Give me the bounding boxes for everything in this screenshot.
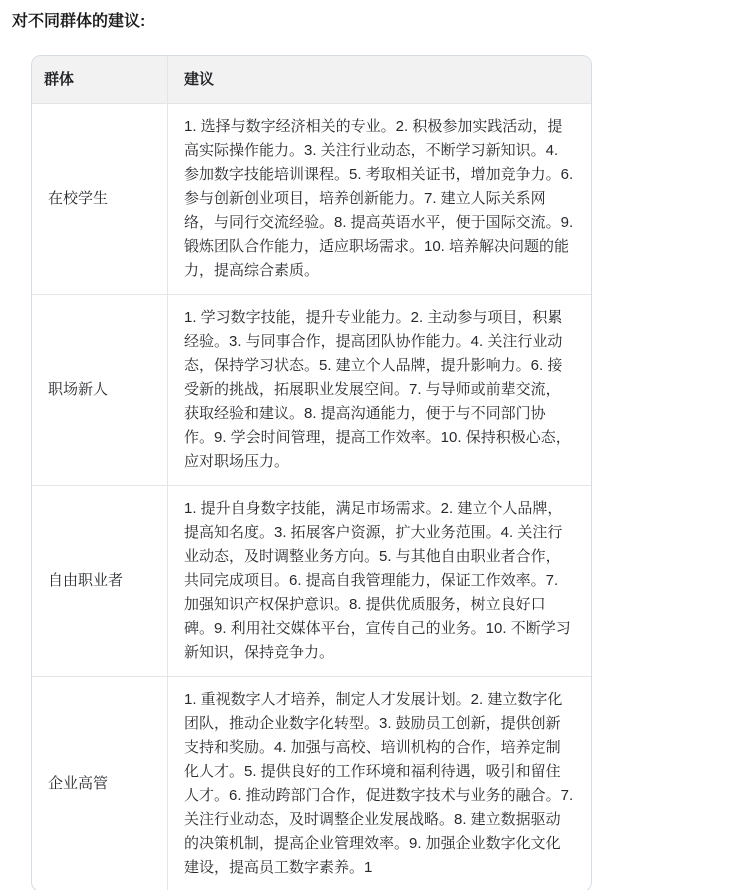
suggestions-table: 群体 建议 在校学生 1. 选择与数字经济相关的专业。2. 积极参加实践活动，提… — [31, 55, 592, 890]
document-page: 对不同群体的建议: 群体 建议 在校学生 1. 选择与数字经济相关的专业。2. … — [0, 0, 733, 890]
group-cell-newcomers: 职场新人 — [32, 295, 168, 486]
page-title: 对不同群体的建议: — [0, 0, 733, 33]
column-header-group: 群体 — [32, 56, 168, 104]
group-cell-executives: 企业高管 — [32, 677, 168, 890]
group-cell-students: 在校学生 — [32, 104, 168, 295]
table-row: 在校学生 1. 选择与数字经济相关的专业。2. 积极参加实践活动，提高实际操作能… — [32, 104, 591, 295]
group-cell-freelancers: 自由职业者 — [32, 486, 168, 677]
table-header-row: 群体 建议 — [32, 56, 591, 104]
column-header-suggestion: 建议 — [168, 56, 592, 104]
suggestions-cell-newcomers: 1. 学习数字技能，提升专业能力。2. 主动参与项目，积累经验。3. 与同事合作… — [168, 295, 592, 486]
suggestions-cell-freelancers: 1. 提升自身数字技能，满足市场需求。2. 建立个人品牌，提高知名度。3. 拓展… — [168, 486, 592, 677]
suggestions-cell-students: 1. 选择与数字经济相关的专业。2. 积极参加实践活动，提高实际操作能力。3. … — [168, 104, 592, 295]
table-row: 企业高管 1. 重视数字人才培养，制定人才发展计划。2. 建立数字化团队，推动企… — [32, 677, 591, 890]
table-row: 自由职业者 1. 提升自身数字技能，满足市场需求。2. 建立个人品牌，提高知名度… — [32, 486, 591, 677]
suggestions-cell-executives: 1. 重视数字人才培养，制定人才发展计划。2. 建立数字化团队，推动企业数字化转… — [168, 677, 592, 890]
table-row: 职场新人 1. 学习数字技能，提升专业能力。2. 主动参与项目，积累经验。3. … — [32, 295, 591, 486]
